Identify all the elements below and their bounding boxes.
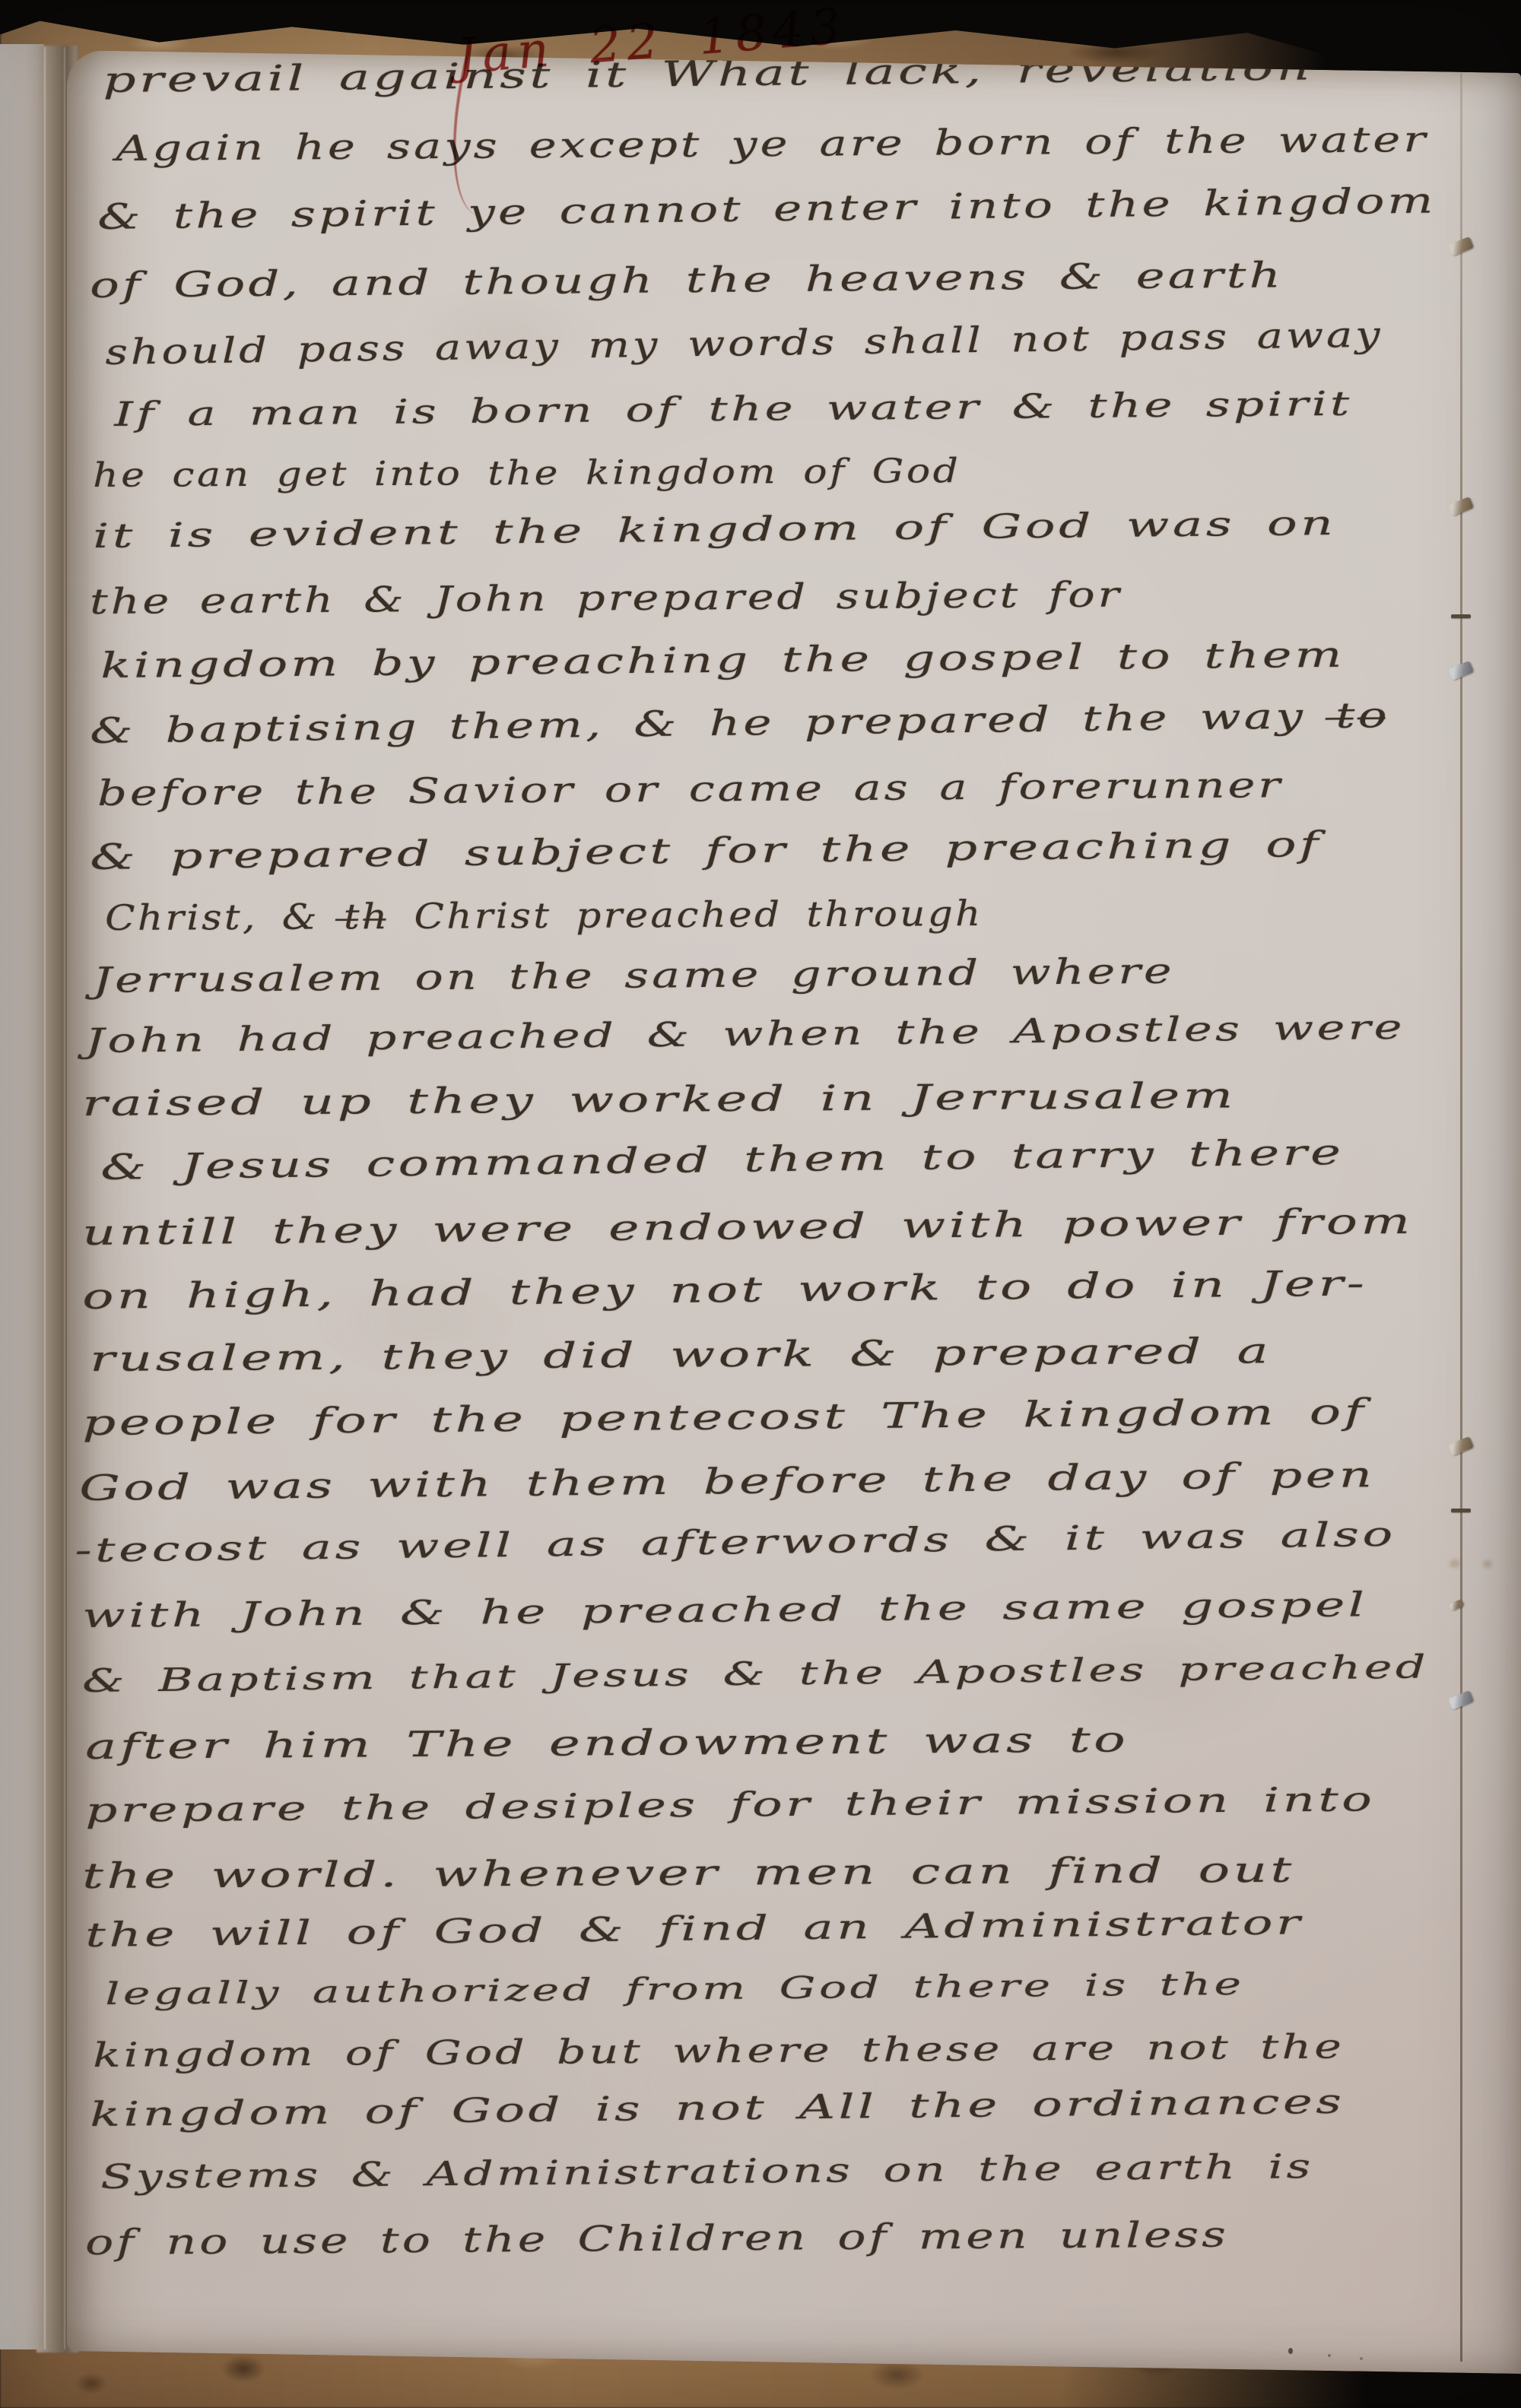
manuscript-line: & baptising them, & he prepared the way … <box>90 694 1390 751</box>
ink-dot <box>1360 2357 1363 2360</box>
manuscript-line: & prepared subject for the preaching of <box>90 823 1322 877</box>
manuscript-line: & Jesus commanded them to tarry there <box>100 1131 1345 1188</box>
stitch-dash <box>1451 1509 1471 1512</box>
manuscript-line: Systems & Administrations on the earth i… <box>100 2147 1314 2197</box>
manuscript-photo: prevail against it What lack, revelation… <box>0 0 1521 2408</box>
manuscript-line: rusalem, they did work & prepared a <box>90 1330 1272 1379</box>
manuscript-line: on high, had they not work to do in Jer- <box>82 1262 1368 1317</box>
manuscript-line: the world. whenever men can find out <box>82 1849 1295 1896</box>
page-stack-edge-line <box>44 47 46 2349</box>
manuscript-line: before the Savior or came as a forerunne… <box>97 764 1283 814</box>
manuscript-line: people for the pentecost The kingdom of <box>82 1391 1367 1443</box>
manuscript-line: kingdom of God is not All the ordinances <box>90 2083 1345 2134</box>
manuscript-line: the will of God & find an Administrator <box>85 1903 1303 1955</box>
manuscript-line: If a man is born of the water & the spir… <box>114 385 1353 434</box>
manuscript-page: prevail against it What lack, revelation… <box>67 50 1521 2374</box>
manuscript-line: God was with them before the day of pen <box>79 1454 1376 1509</box>
manuscript-line: it is evident the kingdom of God was on <box>93 504 1337 556</box>
page-stack-edge-line <box>64 47 65 2349</box>
stitch-dash <box>1451 614 1471 618</box>
manuscript-line: untill they were endowed with power from <box>82 1201 1414 1253</box>
manuscript-line: kingdom by preaching the gospel to them <box>100 634 1345 686</box>
manuscript-line: raised up they worked in Jerrusalem <box>82 1074 1237 1124</box>
page-crease <box>1460 73 1462 2362</box>
manuscript-line: Jerrusalem on the same ground where <box>93 950 1175 1001</box>
manuscript-line: John had preached & when the Apostles we… <box>85 1008 1405 1061</box>
manuscript-line: with John & he preached the same gospel <box>82 1585 1368 1635</box>
manuscript-line: after him The endowment was to <box>85 1718 1129 1767</box>
manuscript-line: Christ, & t̶h̶ Christ preached through <box>105 893 983 938</box>
manuscript-line: & Baptism that Jesus & the Apostles prea… <box>82 1648 1429 1699</box>
manuscript-line: Again he says except ye are born of the … <box>116 119 1429 169</box>
manuscript-line: kingdom of God but where these are not t… <box>93 2028 1345 2075</box>
manuscript-line: he can get into the kingdom of God <box>93 452 961 495</box>
manuscript-line: & the spirit ye cannot enter into the ki… <box>97 179 1437 236</box>
manuscript-line: the earth & John prepared subject for <box>90 574 1122 622</box>
manuscript-line: of no use to the Children of men unless <box>85 2214 1229 2263</box>
text-layer: prevail against it What lack, revelation… <box>67 50 1521 2351</box>
ink-dot <box>1288 2348 1293 2354</box>
manuscript-line: should pass away my words shall not pass… <box>105 314 1383 373</box>
age-spot <box>1483 1560 1492 1568</box>
ink-dot <box>1328 2354 1331 2357</box>
manuscript-line: of God, and though the heavens & earth <box>90 254 1284 306</box>
age-spot <box>1450 1559 1460 1568</box>
manuscript-line: -tecost as well as afterwords & it was a… <box>75 1515 1396 1570</box>
manuscript-line: legally authorized from God there is the <box>105 1967 1245 2012</box>
manuscript-line: prepare the desiples for their mission i… <box>85 1780 1376 1830</box>
